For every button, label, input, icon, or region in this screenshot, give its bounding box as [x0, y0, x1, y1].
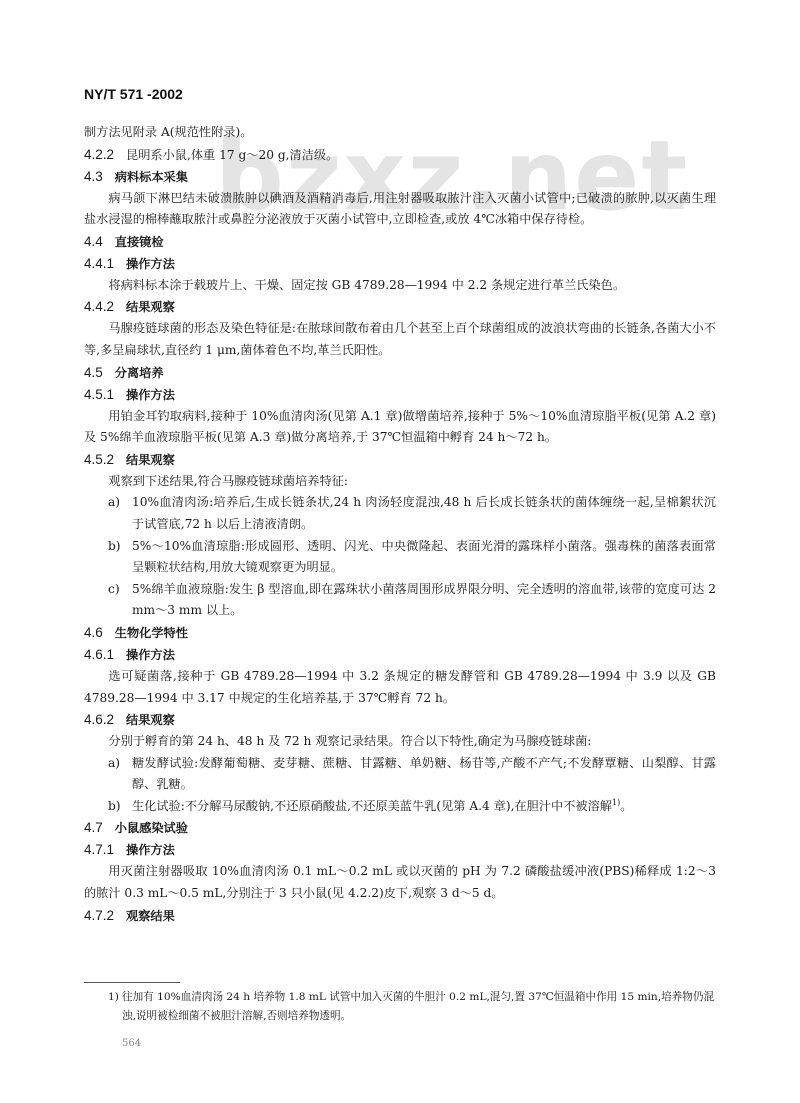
- paragraph: 用灭菌注射器吸取 10%血清肉汤 0.1 mL～0.2 mL 或以灭菌的 pH …: [84, 861, 716, 904]
- heading-4-3: 4.3病料标本采集: [84, 166, 716, 188]
- clause-text: 昆明系小鼠,体重 17 g～20 g,清洁级。: [126, 148, 338, 162]
- list-marker: a): [108, 492, 132, 535]
- heading-title: 结果观察: [126, 453, 175, 467]
- heading-number: 4.6.2: [84, 709, 114, 731]
- paragraph: 将病料标本涂于载玻片上、干燥、固定按 GB 4789.28—1994 中 2.2…: [84, 275, 716, 297]
- heading-number: 4.5.2: [84, 449, 114, 471]
- page-number: 564: [122, 1038, 141, 1049]
- heading-number: 4.7.1: [84, 839, 114, 861]
- list-marker: a): [108, 753, 132, 796]
- heading-number: 4.6: [84, 622, 103, 644]
- heading-title: 操作方法: [126, 257, 175, 271]
- heading-title: 直接镜检: [115, 235, 164, 249]
- heading-title: 观察结果: [126, 909, 175, 923]
- list-item: a)糖发酵试验:发酵葡萄糖、麦芽糖、蔗糖、甘露糖、单奶糖、杨苷等,产酸不产气;不…: [84, 753, 716, 796]
- heading-4-7: 4.7小鼠感染试验: [84, 817, 716, 839]
- paragraph: 观察到下述结果,符合马腺疫链球菌培养特征:: [84, 471, 716, 493]
- paragraph: 选可疑菌落,接种于 GB 4789.28—1994 中 3.2 条规定的糖发酵管…: [84, 666, 716, 709]
- heading-4-5-2: 4.5.2结果观察: [84, 449, 716, 471]
- footnote-text: 往加有 10%血清肉汤 24 h 培养物 1.8 mL 试管中加入灭菌的牛胆汁 …: [122, 988, 716, 1025]
- heading-number: 4.4.1: [84, 253, 114, 275]
- heading-number: 4.3: [84, 166, 103, 188]
- standard-code-header: NY/T 571 -2002: [84, 86, 183, 102]
- footnote: 1) 往加有 10%血清肉汤 24 h 培养物 1.8 mL 试管中加入灭菌的牛…: [108, 988, 716, 1025]
- heading-4-5-1: 4.5.1操作方法: [84, 384, 716, 406]
- paragraph: 马腺疫链球菌的形态及染色特征是:在脓球间散布着由几个甚至上百个球菌组成的波浪状弯…: [84, 318, 716, 361]
- heading-4-7-2: 4.7.2观察结果: [84, 905, 716, 927]
- list-item: c)5%绵羊血液琼脂:发生 β 型溶血,即在露珠状小菌落周围形成界限分明、完全透…: [84, 579, 716, 622]
- list-text: 10%血清肉汤:培养后,生成长链条状,24 h 肉汤轻度混浊,48 h 后长成长…: [132, 492, 716, 535]
- heading-title: 病料标本采集: [115, 170, 188, 184]
- paragraph: 用铂金耳钓取病料,接种于 10%血清肉汤(见第 A.1 章)做增菌培养,接种于 …: [84, 406, 716, 449]
- list-text-tail: 。: [620, 799, 632, 813]
- document-page: NY/T 571 -2002 制方法见附录 A(规范性附录)。 4.2.2昆明系…: [0, 0, 800, 1103]
- heading-number: 4.7.2: [84, 905, 114, 927]
- document-body: 制方法见附录 A(规范性附录)。 4.2.2昆明系小鼠,体重 17 g～20 g…: [84, 122, 716, 927]
- list-marker: b): [108, 536, 132, 579]
- heading-title: 分离培养: [115, 366, 164, 380]
- list-text: 5%～10%血清琼脂:形成圆形、透明、闪光、中央微隆起、表面光滑的露珠样小菌落。…: [132, 536, 716, 579]
- heading-4-6: 4.6生物化学特性: [84, 622, 716, 644]
- footnote-ref[interactable]: 1): [612, 798, 620, 807]
- heading-number: 4.6.1: [84, 644, 114, 666]
- list-text: 5%绵羊血液琼脂:发生 β 型溶血,即在露珠状小菌落周围形成界限分明、完全透明的…: [132, 579, 716, 622]
- list-text: 生化试验:不分解马尿酸钠,不还原硝酸盐,不还原美蓝牛乳(见第 A.4 章),在胆…: [132, 796, 716, 818]
- paragraph: 病马颌下淋巴结未破溃脓肿以碘酒及酒精消毒后,用注射器吸取脓汁注入灭菌小试管中;已…: [84, 188, 716, 231]
- heading-number: 4.4.2: [84, 296, 114, 318]
- paragraph: 分别于孵育的第 24 h、48 h 及 72 h 观察记录结果。符合以下特性,确…: [84, 731, 716, 753]
- heading-title: 结果观察: [126, 713, 175, 727]
- list-text-body: 生化试验:不分解马尿酸钠,不还原硝酸盐,不还原美蓝牛乳(见第 A.4 章),在胆…: [132, 799, 612, 813]
- heading-number: 4.5: [84, 362, 103, 384]
- heading-4-4-1: 4.4.1操作方法: [84, 253, 716, 275]
- heading-4-4-2: 4.4.2结果观察: [84, 296, 716, 318]
- heading-title: 结果观察: [126, 300, 175, 314]
- heading-title: 小鼠感染试验: [115, 821, 188, 835]
- list-item: b)5%～10%血清琼脂:形成圆形、透明、闪光、中央微隆起、表面光滑的露珠样小菌…: [84, 536, 716, 579]
- heading-4-6-2: 4.6.2结果观察: [84, 709, 716, 731]
- paragraph: 制方法见附录 A(规范性附录)。: [84, 122, 716, 144]
- heading-4-7-1: 4.7.1操作方法: [84, 839, 716, 861]
- list-marker: b): [108, 796, 132, 818]
- heading-4-4: 4.4直接镜检: [84, 231, 716, 253]
- heading-title: 操作方法: [126, 388, 175, 402]
- heading-title: 操作方法: [126, 843, 175, 857]
- heading-number: 4.5.1: [84, 384, 114, 406]
- heading-4-6-1: 4.6.1操作方法: [84, 644, 716, 666]
- list-item: a)10%血清肉汤:培养后,生成长链条状,24 h 肉汤轻度混浊,48 h 后长…: [84, 492, 716, 535]
- heading-4-5: 4.5分离培养: [84, 362, 716, 384]
- heading-number: 4.4: [84, 231, 103, 253]
- list-marker: c): [108, 579, 132, 622]
- footnote-marker: 1): [108, 988, 122, 1025]
- heading-title: 生物化学特性: [115, 626, 188, 640]
- heading-number: 4.7: [84, 817, 103, 839]
- footnote-divider: [84, 982, 180, 983]
- clause-4-2-2: 4.2.2昆明系小鼠,体重 17 g～20 g,清洁级。: [84, 144, 716, 166]
- list-item: b)生化试验:不分解马尿酸钠,不还原硝酸盐,不还原美蓝牛乳(见第 A.4 章),…: [84, 796, 716, 818]
- clause-number: 4.2.2: [84, 144, 114, 166]
- list-text: 糖发酵试验:发酵葡萄糖、麦芽糖、蔗糖、甘露糖、单奶糖、杨苷等,产酸不产气;不发酵…: [132, 753, 716, 796]
- heading-title: 操作方法: [126, 648, 175, 662]
